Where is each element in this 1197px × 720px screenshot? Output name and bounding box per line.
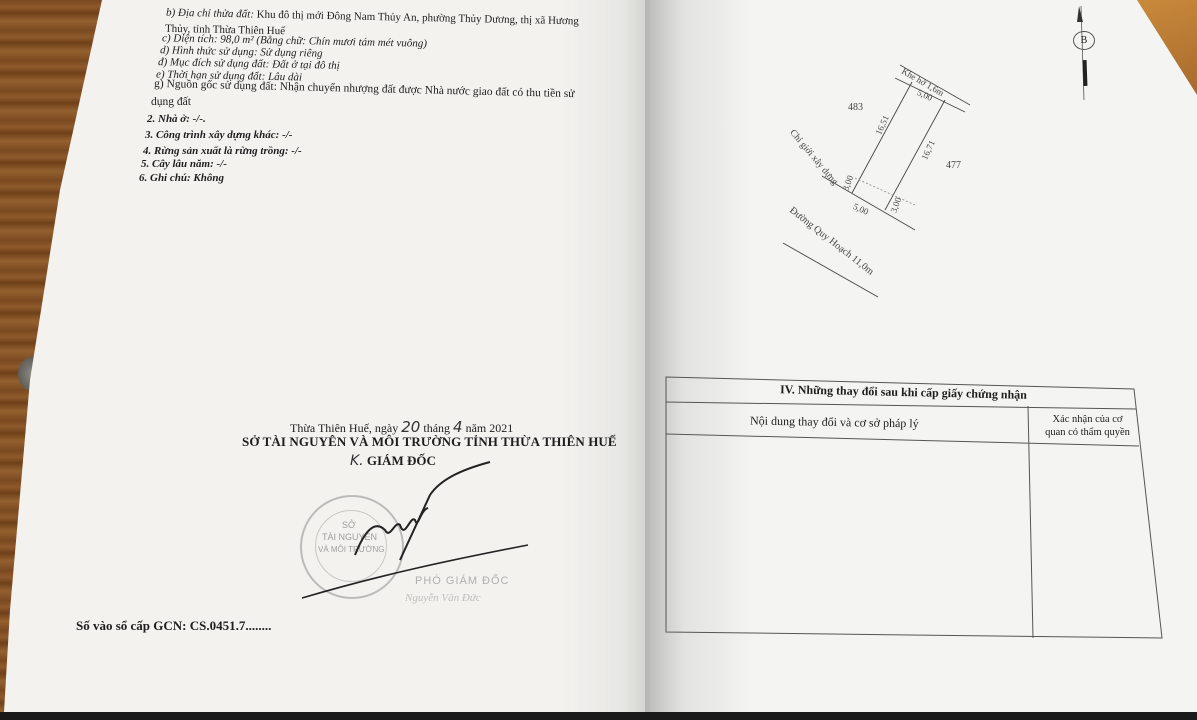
parcel-483: 483: [848, 102, 863, 113]
north-marker-b: B: [1073, 31, 1095, 50]
bottom-edge: [0, 712, 1197, 720]
col-header-authority-confirm: Xác nhận của cơ quan có thẩm quyền: [1040, 413, 1135, 439]
changes-table: IV. Những thay đổi sau khi cấp giấy chứn…: [665, 376, 1135, 636]
parcel-477: 477: [946, 160, 961, 171]
col-header-change-content: Nội dung thay đổi và cơ sở pháp lý: [750, 414, 919, 432]
